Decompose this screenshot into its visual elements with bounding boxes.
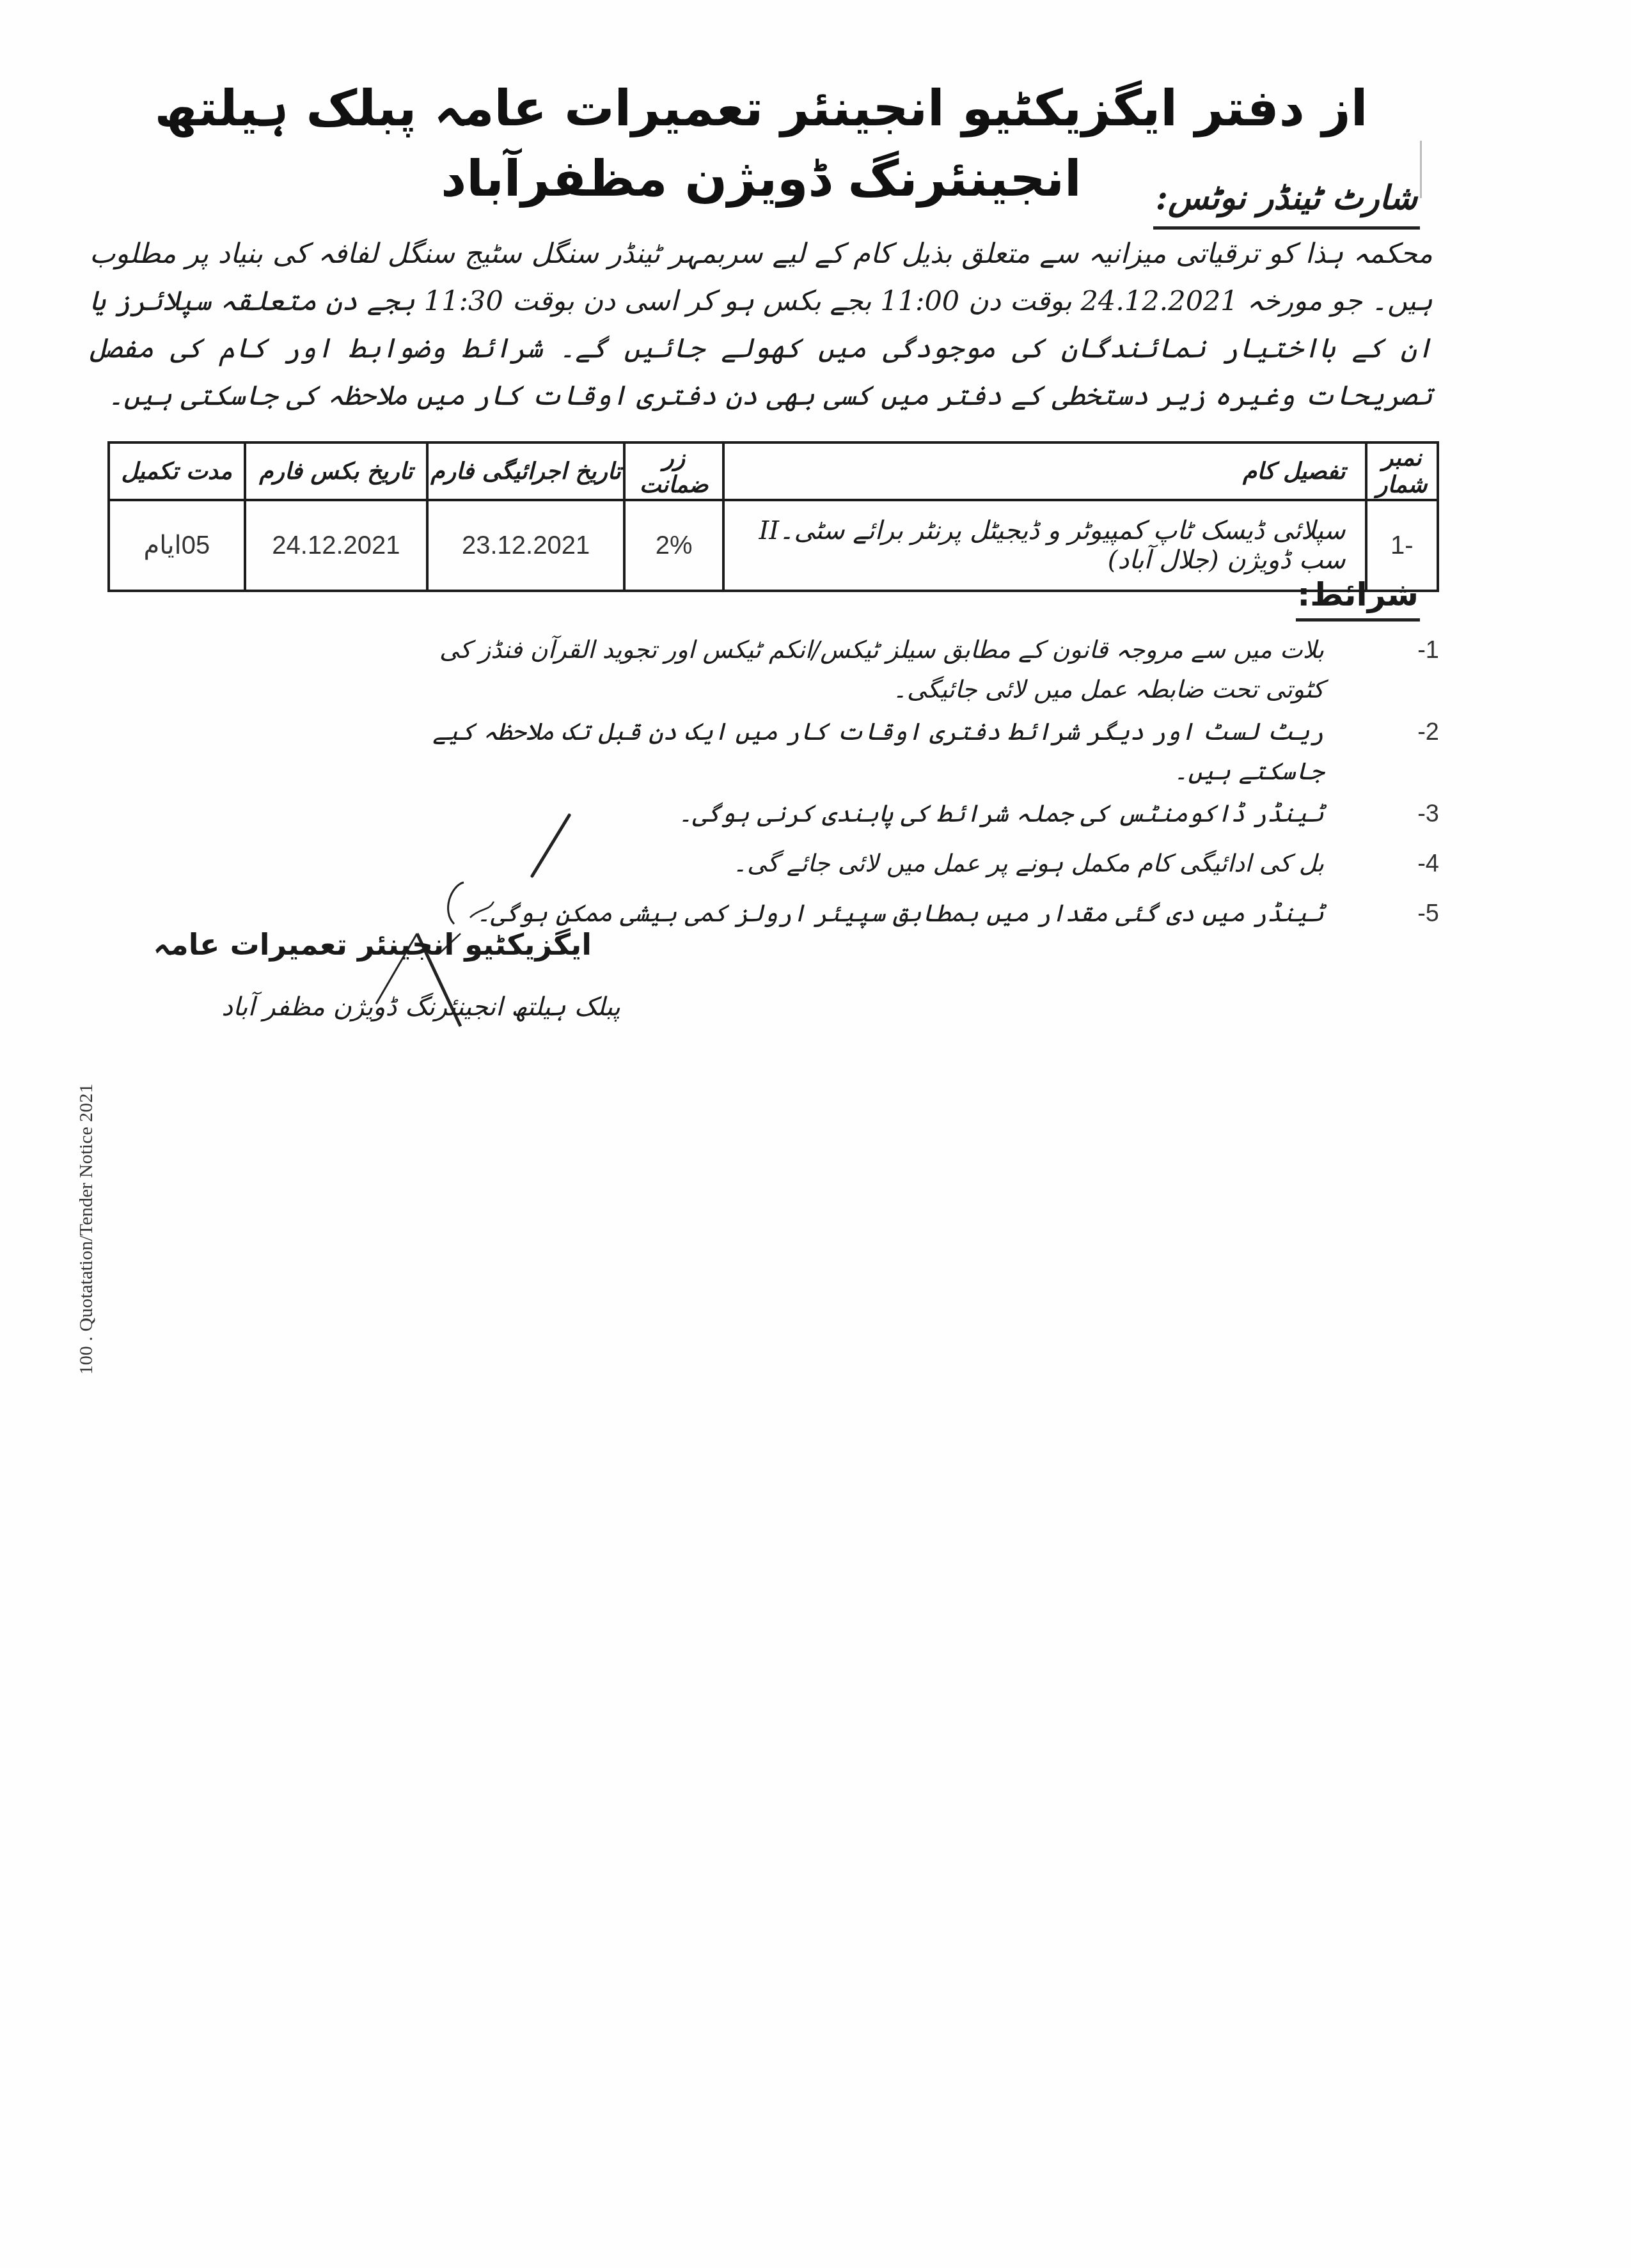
header-completion-period: مدت تکمیل — [109, 442, 245, 500]
signature-block: ایگزیکٹیو انجینئر تعمیرات عامہ پبلک ہیلت… — [269, 806, 652, 1049]
signatory-office: پبلک ہیلتھ انجینئرنگ ڈویژن مظفر آباد — [221, 988, 620, 1026]
condition-number: -3 — [1362, 801, 1439, 828]
header-security: زر ضمانت — [624, 442, 724, 500]
header-serial-no: نمبر شمار — [1366, 442, 1438, 500]
table-header-row: نمبر شمار تفصیل کام زر ضمانت تاریخ اجرائ… — [109, 442, 1438, 500]
scan-edge-mark — [1420, 141, 1422, 198]
tender-table: نمبر شمار تفصیل کام زر ضمانت تاریخ اجرائ… — [107, 441, 1439, 592]
condition-number: -2 — [1362, 719, 1439, 746]
cell-box-date: 24.12.2021 — [245, 500, 428, 591]
condition-number: -1 — [1362, 637, 1439, 664]
condition-number: -4 — [1362, 850, 1439, 878]
signatory-designation: ایگزیکٹیو انجینئر تعمیرات عامہ — [153, 924, 592, 965]
cell-completion-period: 05ایام — [109, 500, 245, 591]
conditions-heading: شرائط: — [1296, 572, 1420, 622]
short-tender-notice-heading: شارٹ ٹینڈر نوٹس: — [1153, 173, 1420, 230]
header-issue-date: تاریخ اجرائیگی فارم — [427, 442, 624, 500]
cell-security: 2% — [624, 500, 724, 591]
header-work-detail: تفصیل کام — [723, 442, 1366, 500]
notice-body-paragraph: محکمہ ہذا کو ترقیاتی میزانیہ سے متعلق بذ… — [90, 230, 1433, 419]
condition-text: بلات میں سے مروجہ قانون کے مطابق سیلز ٹی… — [416, 630, 1362, 709]
condition-item: -1 بلات میں سے مروجہ قانون کے مطابق سیلز… — [416, 630, 1439, 709]
condition-item: -2 ریٹ لسٹ اور دیگر شرائط دفتری اوقات کا… — [416, 712, 1439, 791]
cell-work-detail: سپلائی ڈیسک ٹاپ کمپیوٹر و ڈیجیٹل پرنٹر ب… — [723, 500, 1366, 591]
cell-issue-date: 23.12.2021 — [427, 500, 624, 591]
document-page: از دفتر ایگزیکٹیو انجینئر تعمیرات عامہ پ… — [0, 0, 1631, 2268]
condition-number: -5 — [1362, 900, 1439, 928]
condition-text: ریٹ لسٹ اور دیگر شرائط دفتری اوقات کار م… — [416, 712, 1362, 791]
table-row: -1 سپلائی ڈیسک ٹاپ کمپیوٹر و ڈیجیٹل پرنٹ… — [109, 500, 1438, 591]
side-reference-text: 100 . Quotatation/Tender Notice 2021 — [75, 1084, 97, 1375]
header-box-date: تاریخ بکس فارم — [245, 442, 428, 500]
